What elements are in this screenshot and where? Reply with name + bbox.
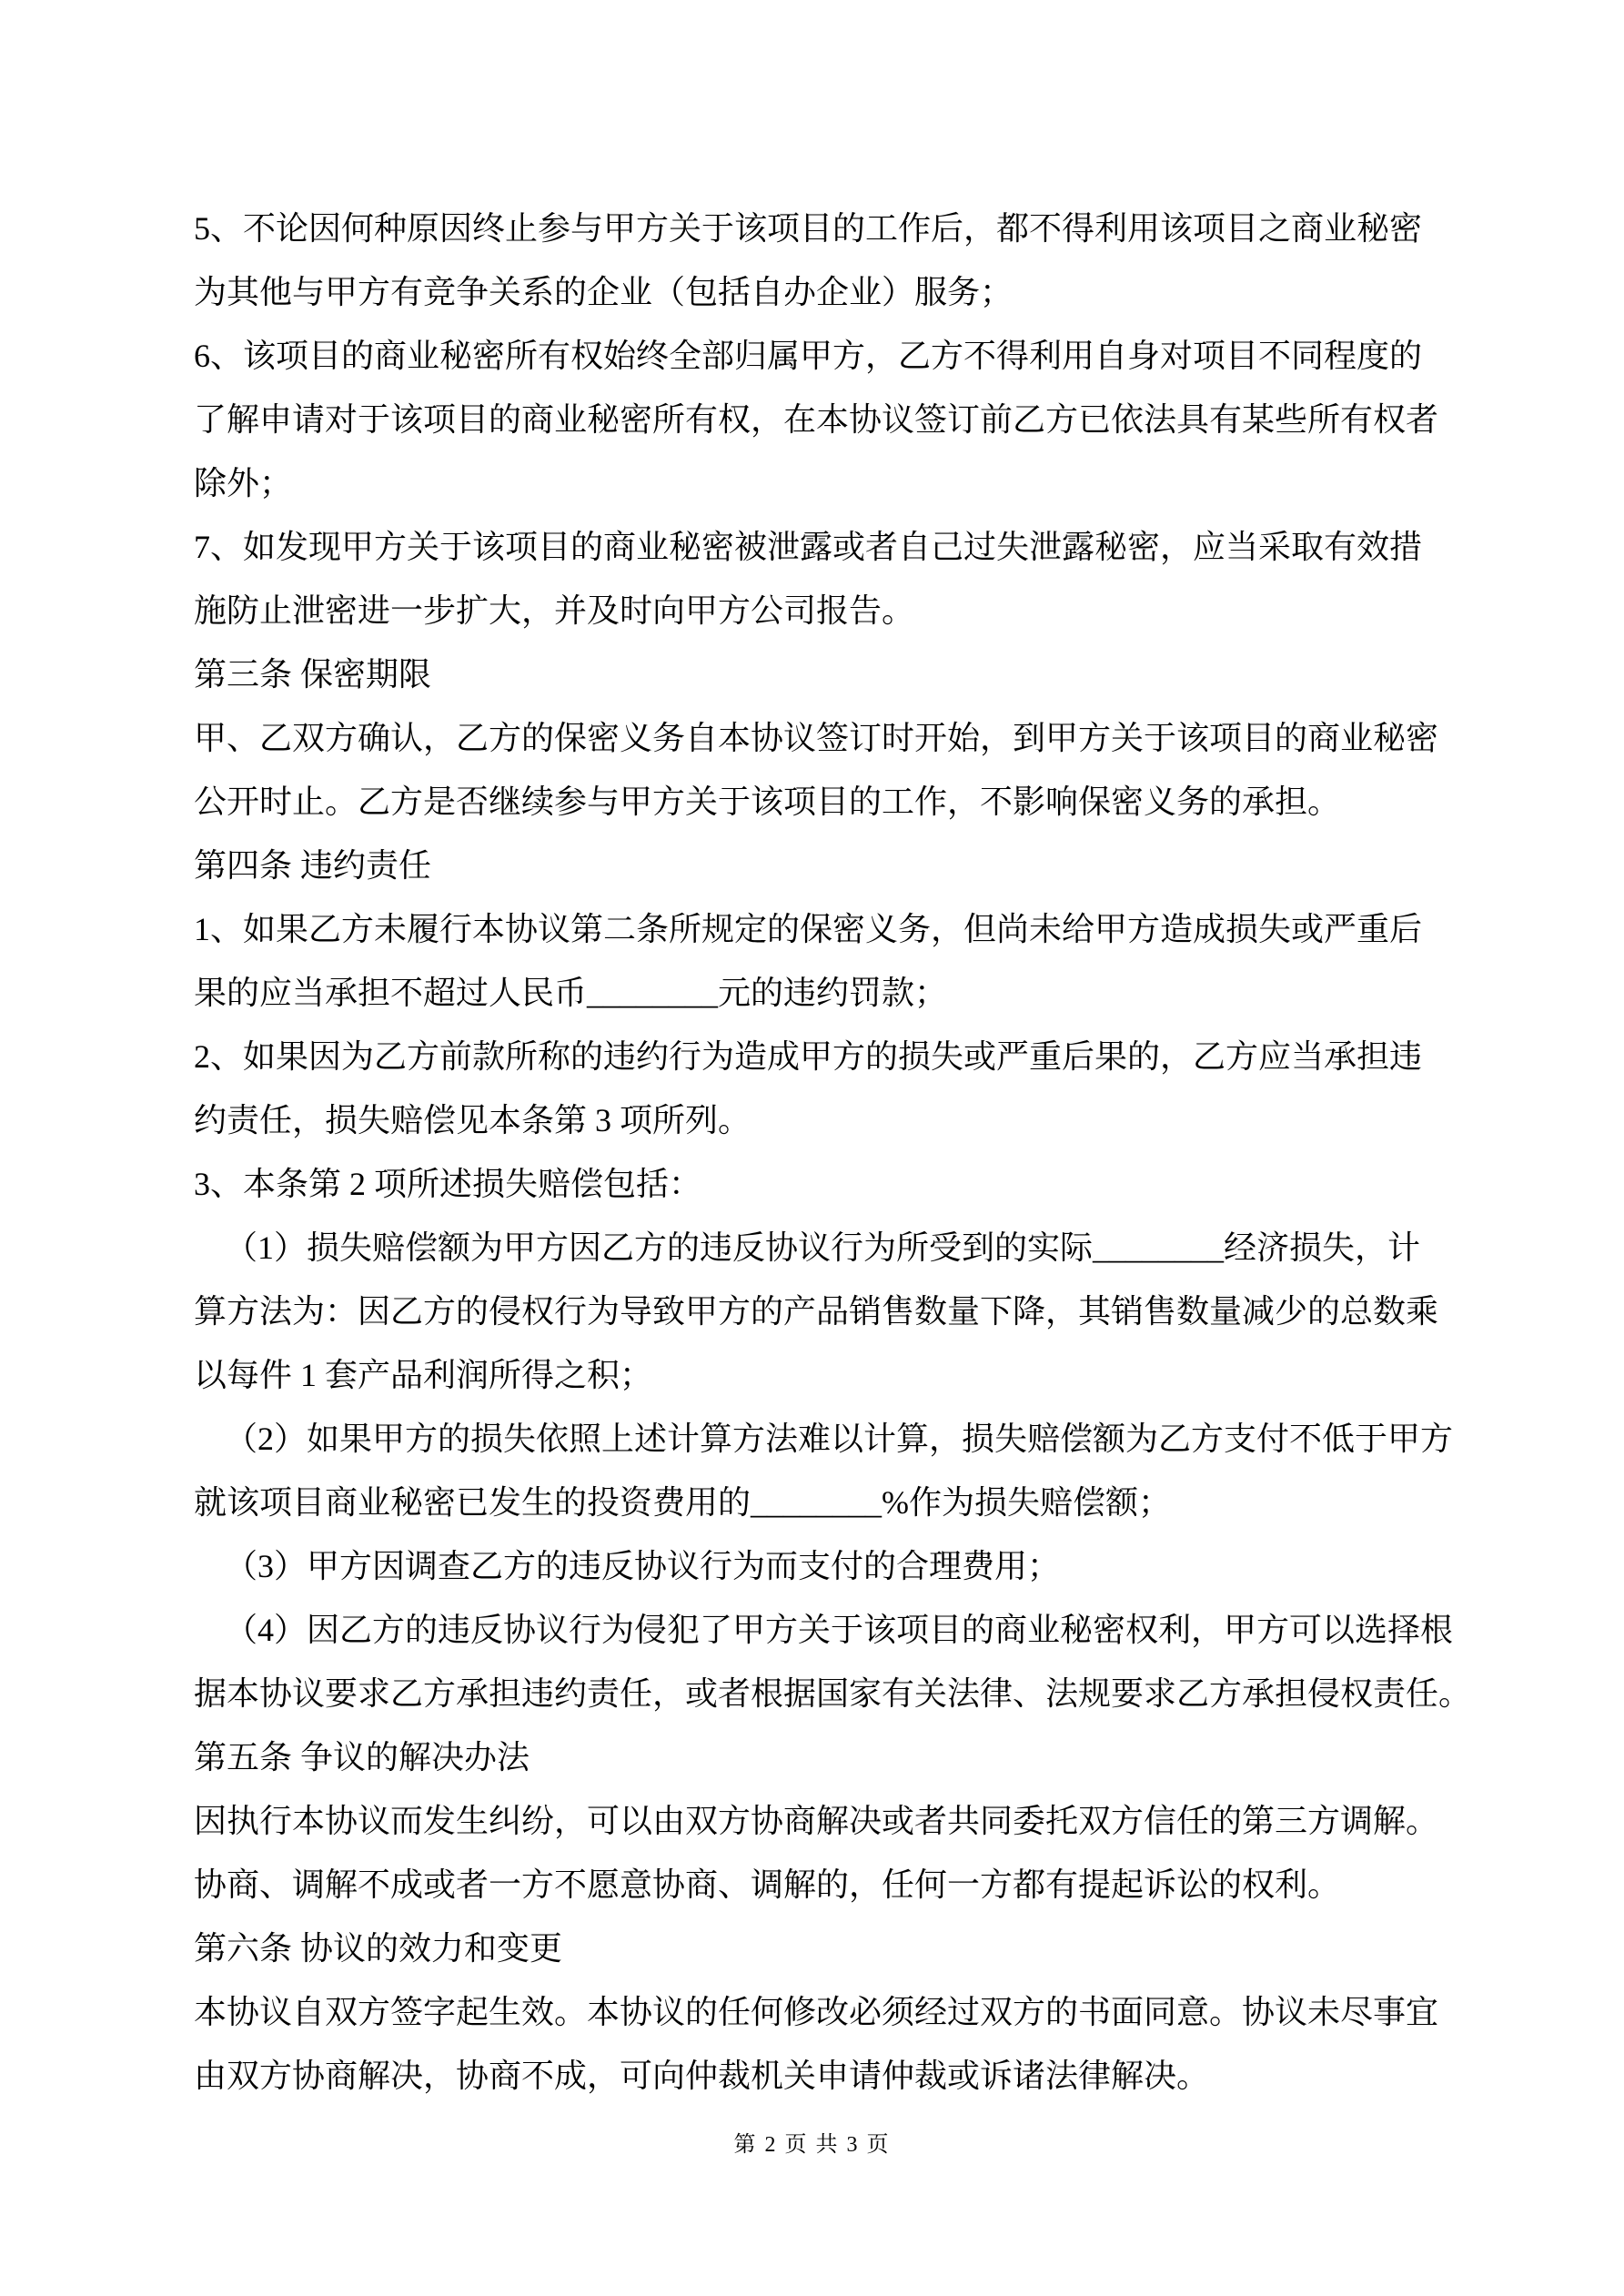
page-footer: 第 2 页 共 3 页 — [0, 2131, 1624, 2159]
page-number: 第 2 页 共 3 页 — [734, 2133, 891, 2157]
section-heading: 第四条 违约责任 — [194, 834, 1442, 897]
text-line: 甲、乙双方确认，乙方的保密义务自本协议签订时开始，到甲方关于该项目的商业秘密 — [194, 706, 1442, 770]
text-line: 1、如果乙方未履行本协议第二条所规定的保密义务，但尚未给甲方造成损失或严重后 — [194, 897, 1442, 961]
text-line: 5、不论因何种原因终止参与甲方关于该项目的工作后，都不得利用该项目之商业秘密 — [194, 197, 1442, 260]
text-line: 果的应当承担不超过人民币________元的违约罚款； — [194, 961, 1442, 1025]
section-heading: 第六条 协议的效力和变更 — [194, 1917, 1442, 1980]
text-line: （4）因乙方的违反协议行为侵犯了甲方关于该项目的商业秘密权利，甲方可以选择根 — [194, 1598, 1442, 1662]
text-line: 7、如发现甲方关于该项目的商业秘密被泄露或者自己过失泄露秘密，应当采取有效措 — [194, 515, 1442, 579]
document-page: 5、不论因何种原因终止参与甲方关于该项目的工作后，都不得利用该项目之商业秘密为其… — [0, 0, 1624, 2296]
text-line: 了解申请对于该项目的商业秘密所有权，在本协议签订前乙方已依法具有某些所有权者 — [194, 388, 1442, 451]
text-line: 除外； — [194, 451, 1442, 515]
document-body: 5、不论因何种原因终止参与甲方关于该项目的工作后，都不得利用该项目之商业秘密为其… — [0, 0, 1624, 2108]
text-line: 据本协议要求乙方承担违约责任，或者根据国家有关法律、法规要求乙方承担侵权责任。 — [194, 1662, 1442, 1725]
text-line: 为其他与甲方有竞争关系的企业（包括自办企业）服务； — [194, 260, 1442, 324]
text-line: （2）如果甲方的损失依照上述计算方法难以计算，损失赔偿额为乙方支付不低于甲方 — [194, 1407, 1442, 1471]
section-heading: 第五条 争议的解决办法 — [194, 1725, 1442, 1789]
text-line: 公开时止。乙方是否继续参与甲方关于该项目的工作，不影响保密义务的承担。 — [194, 770, 1442, 834]
text-line: 协商、调解不成或者一方不愿意协商、调解的，任何一方都有提起诉讼的权利。 — [194, 1853, 1442, 1917]
text-line: 约责任，损失赔偿见本条第 3 项所列。 — [194, 1088, 1442, 1152]
section-heading: 第三条 保密期限 — [194, 642, 1442, 706]
text-line: （3）甲方因调查乙方的违反协议行为而支付的合理费用； — [194, 1534, 1442, 1598]
text-line: （1）损失赔偿额为甲方因乙方的违反协议行为所受到的实际________经济损失，… — [194, 1216, 1442, 1279]
text-line: 因执行本协议而发生纠纷，可以由双方协商解决或者共同委托双方信任的第三方调解。 — [194, 1789, 1442, 1853]
text-line: 就该项目商业秘密已发生的投资费用的________%作为损失赔偿额； — [194, 1471, 1442, 1534]
text-line: 6、该项目的商业秘密所有权始终全部归属甲方，乙方不得利用自身对项目不同程度的 — [194, 324, 1442, 388]
text-line: 施防止泄密进一步扩大，并及时向甲方公司报告。 — [194, 579, 1442, 642]
text-line: 以每件 1 套产品利润所得之积； — [194, 1343, 1442, 1407]
text-line: 3、本条第 2 项所述损失赔偿包括： — [194, 1152, 1442, 1216]
text-line: 由双方协商解决，协商不成，可向仲裁机关申请仲裁或诉诸法律解决。 — [194, 2044, 1442, 2108]
text-line: 本协议自双方签字起生效。本协议的任何修改必须经过双方的书面同意。协议未尽事宜 — [194, 1980, 1442, 2044]
text-line: 算方法为：因乙方的侵权行为导致甲方的产品销售数量下降，其销售数量减少的总数乘 — [194, 1279, 1442, 1343]
text-line: 2、如果因为乙方前款所称的违约行为造成甲方的损失或严重后果的，乙方应当承担违 — [194, 1025, 1442, 1088]
